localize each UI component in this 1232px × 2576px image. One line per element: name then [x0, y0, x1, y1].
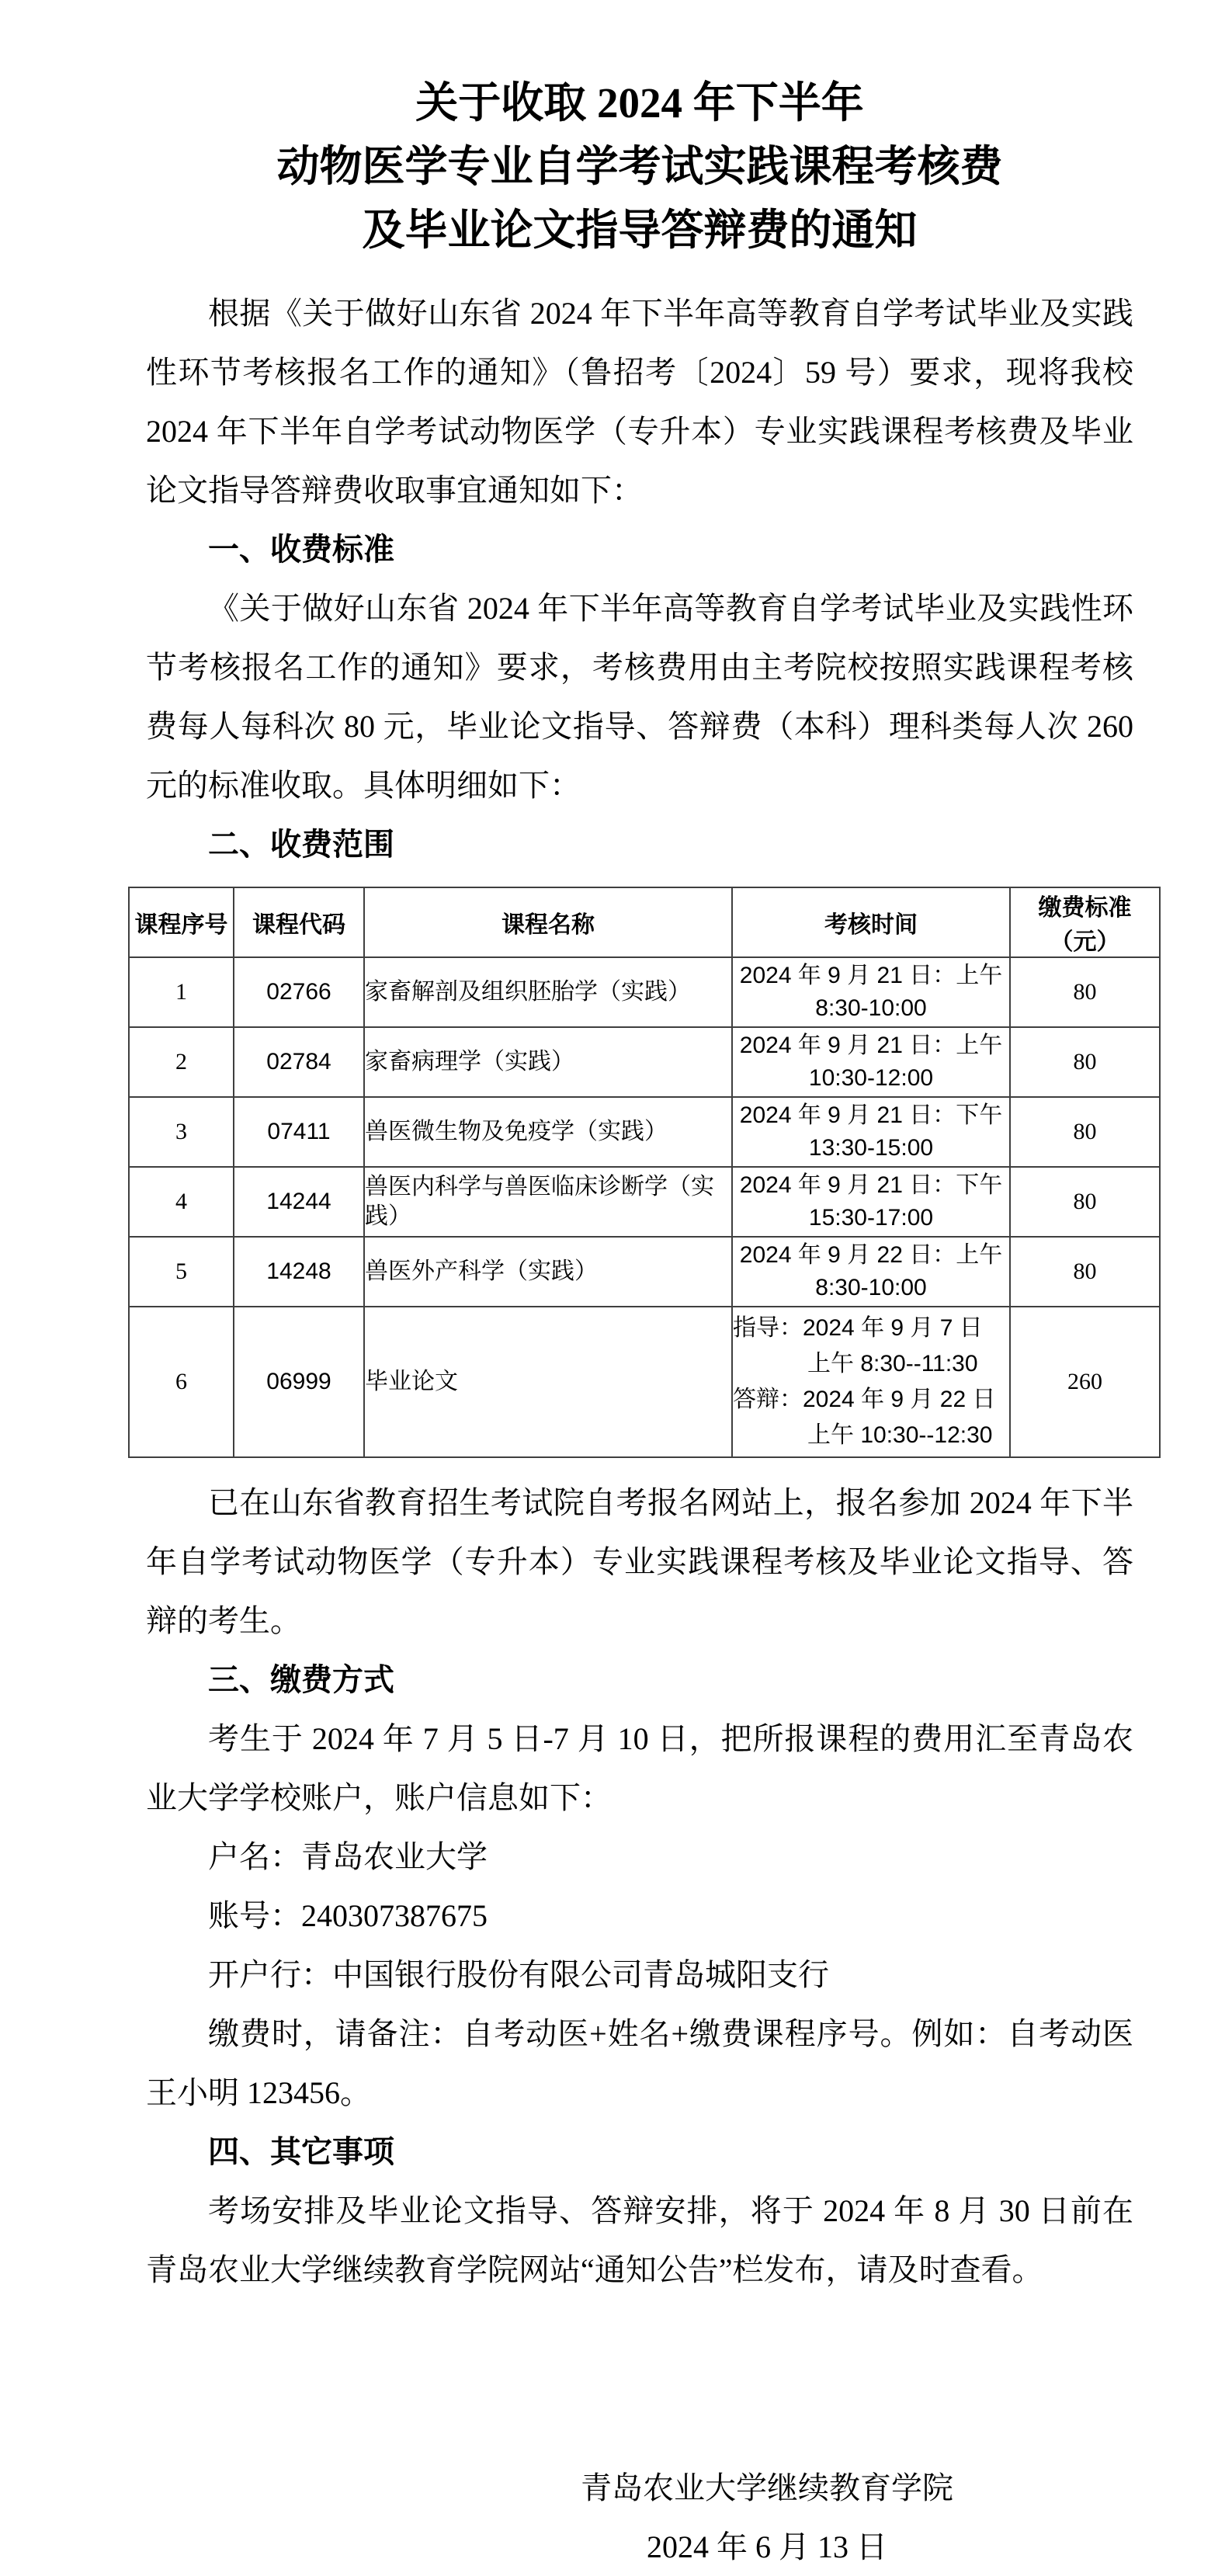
cell-code: 14244	[234, 1167, 364, 1237]
signature-block: 青岛农业大学继续教育学院 2024 年 6 月 13 日	[561, 2459, 973, 2576]
payment-intro: 考生于 2024 年 7 月 5 日-7 月 10 日，把所报课程的费用汇至青岛…	[146, 1710, 1133, 1828]
thesis-defense-date: 答辩：2024 年 9 月 22 日	[733, 1382, 1009, 1418]
cell-seq: 4	[129, 1167, 234, 1237]
cell-time: 2024 年 9 月 21 日：下午 15:30-17:00	[732, 1167, 1010, 1237]
cell-time: 2024 年 9 月 21 日：下午 13:30-15:00	[732, 1097, 1010, 1167]
cell-code: 02766	[234, 957, 364, 1027]
time-line-1: 2024 年 9 月 22 日：上午	[733, 1239, 1009, 1272]
thesis-guidance-time: 上午 8:30--11:30	[733, 1346, 1009, 1382]
intro-paragraph: 根据《关于做好山东省 2024 年下半年高等教育自学考试毕业及实践性环节考核报名…	[146, 284, 1133, 520]
time-line-1: 2024 年 9 月 21 日：上午	[733, 960, 1009, 992]
col-header-fee: 缴费标准（元）	[1010, 887, 1160, 957]
signature-org: 青岛农业大学继续教育学院	[561, 2459, 973, 2518]
table-row: 5 14248 兽医外产科学（实践） 2024 年 9 月 22 日：上午 8:…	[129, 1237, 1160, 1307]
cell-fee: 80	[1010, 1097, 1160, 1167]
cell-seq: 1	[129, 957, 234, 1027]
table-row: 2 02784 家畜病理学（实践） 2024 年 9 月 21 日：上午 10:…	[129, 1027, 1160, 1097]
cell-fee: 80	[1010, 1237, 1160, 1307]
cell-code: 07411	[234, 1097, 364, 1167]
notice-document: 关于收取 2024 年下半年 动物医学专业自学考试实践课程考核费 及毕业论文指导…	[0, 0, 1232, 2576]
cell-time: 2024 年 9 月 21 日：上午 8:30-10:00	[732, 957, 1010, 1027]
cell-seq: 3	[129, 1097, 234, 1167]
table-row: 4 14244 兽医内科学与兽医临床诊断学（实践） 2024 年 9 月 21 …	[129, 1167, 1160, 1237]
cell-code: 14248	[234, 1237, 364, 1307]
time-line-2: 15:30-17:00	[733, 1202, 1009, 1234]
cell-fee: 260	[1010, 1307, 1160, 1457]
cell-seq: 5	[129, 1237, 234, 1307]
cell-name: 家畜病理学（实践）	[364, 1027, 732, 1097]
cell-name: 毕业论文	[364, 1307, 732, 1457]
time-line-2: 8:30-10:00	[733, 992, 1009, 1025]
cell-time: 2024 年 9 月 21 日：上午 10:30-12:00	[732, 1027, 1010, 1097]
doc-title: 关于收取 2024 年下半年 动物医学专业自学考试实践课程考核费 及毕业论文指导…	[146, 71, 1133, 262]
doc-title-line-2: 动物医学专业自学考试实践课程考核费	[146, 135, 1133, 199]
section-4-body: 考场安排及毕业论文指导、答辩安排，将于 2024 年 8 月 30 日前在青岛农…	[146, 2182, 1133, 2300]
table-row-thesis: 6 06999 毕业论文 指导：2024 年 9 月 7 日 上午 8:30--…	[129, 1307, 1160, 1457]
cell-time: 2024 年 9 月 22 日：上午 8:30-10:00	[732, 1237, 1010, 1307]
cell-name: 家畜解剖及组织胚胎学（实践）	[364, 957, 732, 1027]
time-line-1: 2024 年 9 月 21 日：上午	[733, 1029, 1009, 1062]
after-table-paragraph: 已在山东省教育招生考试院自考报名网站上，报名参加 2024 年下半年自学考试动物…	[146, 1474, 1133, 1651]
account-name-line: 户名：青岛农业大学	[146, 1828, 1133, 1887]
cell-name: 兽医内科学与兽医临床诊断学（实践）	[364, 1167, 732, 1237]
section-2-heading: 二、收费范围	[146, 815, 1133, 874]
cell-name: 兽医微生物及免疫学（实践）	[364, 1097, 732, 1167]
fee-table-header-row: 课程序号 课程代码 课程名称 考核时间 缴费标准（元）	[129, 887, 1160, 957]
cell-fee: 80	[1010, 1167, 1160, 1237]
time-line-2: 13:30-15:00	[733, 1132, 1009, 1165]
section-1-heading: 一、收费标准	[146, 520, 1133, 579]
time-line-2: 10:30-12:00	[733, 1062, 1009, 1095]
cell-seq: 2	[129, 1027, 234, 1097]
fee-table: 课程序号 课程代码 课程名称 考核时间 缴费标准（元） 1 02766 家畜解剖…	[128, 887, 1161, 1458]
table-row: 1 02766 家畜解剖及组织胚胎学（实践） 2024 年 9 月 21 日：上…	[129, 957, 1160, 1027]
cell-time: 指导：2024 年 9 月 7 日 上午 8:30--11:30 答辩：2024…	[732, 1307, 1010, 1457]
cell-name: 兽医外产科学（实践）	[364, 1237, 732, 1307]
cell-code: 06999	[234, 1307, 364, 1457]
table-row: 3 07411 兽医微生物及免疫学（实践） 2024 年 9 月 21 日：下午…	[129, 1097, 1160, 1167]
cell-seq: 6	[129, 1307, 234, 1457]
time-line-1: 2024 年 9 月 21 日：下午	[733, 1169, 1009, 1202]
bank-line: 开户行：中国银行股份有限公司青岛城阳支行	[146, 1946, 1133, 2005]
col-header-time: 考核时间	[732, 887, 1010, 957]
thesis-defense-time: 上午 10:30--12:30	[733, 1418, 1009, 1453]
col-header-seq: 课程序号	[129, 887, 234, 957]
section-1-body: 《关于做好山东省 2024 年下半年高等教育自学考试毕业及实践性环节考核报名工作…	[146, 579, 1133, 815]
thesis-guidance-date: 指导：2024 年 9 月 7 日	[733, 1311, 1009, 1346]
col-header-code: 课程代码	[234, 887, 364, 957]
time-line-2: 8:30-10:00	[733, 1272, 1009, 1304]
time-line-1: 2024 年 9 月 21 日：下午	[733, 1099, 1009, 1132]
col-header-name: 课程名称	[364, 887, 732, 957]
cell-fee: 80	[1010, 957, 1160, 1027]
cell-fee: 80	[1010, 1027, 1160, 1097]
section-3-heading: 三、缴费方式	[146, 1651, 1133, 1710]
section-4-heading: 四、其它事项	[146, 2123, 1133, 2182]
cell-code: 02784	[234, 1027, 364, 1097]
doc-title-line-3: 及毕业论文指导答辩费的通知	[146, 199, 1133, 262]
signature-date: 2024 年 6 月 13 日	[561, 2518, 973, 2576]
payment-note-line: 缴费时，请备注：自考动医+姓名+缴费课程序号。例如：自考动医王小明 123456…	[146, 2005, 1133, 2123]
account-number-line: 账号：240307387675	[146, 1887, 1133, 1946]
doc-title-line-1: 关于收取 2024 年下半年	[146, 71, 1133, 135]
